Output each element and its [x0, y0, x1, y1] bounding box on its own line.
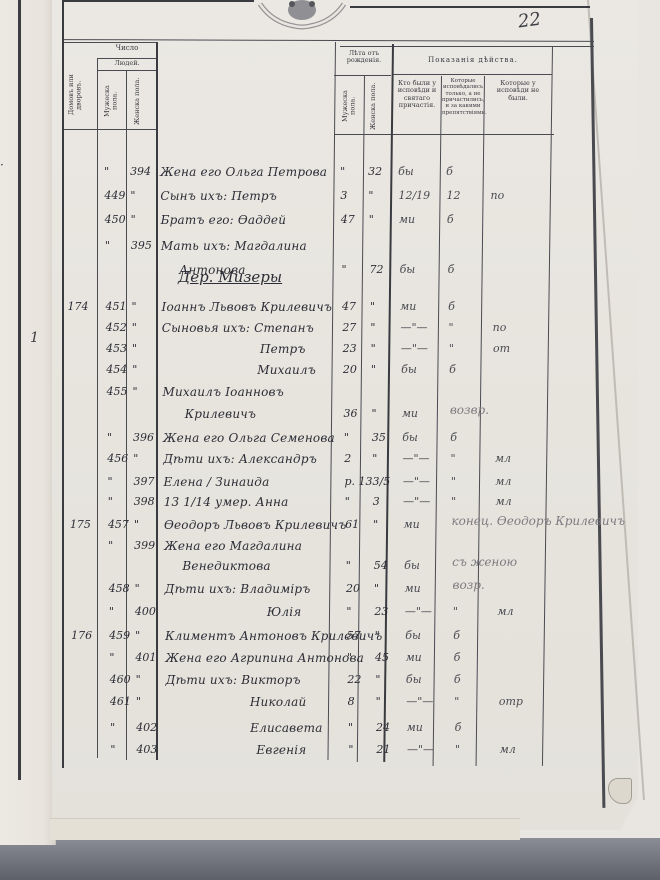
person-name: Братъ его: Өаддей — [161, 214, 287, 226]
female-number: 395 — [131, 240, 152, 251]
male-number: " — [110, 744, 115, 755]
header-rule-status — [392, 74, 552, 75]
age-female: " — [376, 696, 381, 707]
male-number: " — [109, 606, 114, 617]
age-female: " — [370, 322, 375, 333]
status-note: " — [455, 744, 460, 755]
remark: мл — [500, 744, 516, 755]
age-male: " — [346, 560, 351, 571]
person-name: Крилевичъ — [185, 408, 256, 420]
page-frame-left — [62, 0, 64, 768]
person-name: Жена его Ольга Семенова — [163, 432, 335, 444]
confession-mark: бы — [401, 364, 417, 375]
status-note: возвр. — [450, 404, 489, 416]
person-name: Дѣти ихъ: Викторъ — [166, 674, 301, 686]
status-note: " — [449, 343, 454, 354]
status-note: " — [451, 453, 456, 464]
age-male: 3 — [340, 190, 347, 201]
person-name: Петръ — [260, 343, 306, 355]
age-female: 45 — [375, 652, 389, 663]
male-number: 451 — [106, 301, 127, 312]
household-number: 175 — [70, 519, 91, 530]
age-male: 47 — [341, 214, 355, 225]
confession-mark: —"— — [406, 696, 433, 707]
person-name: Жена его Агрипина Антонова — [165, 652, 364, 664]
header-persons: Людей. — [98, 60, 156, 67]
age-male: " — [340, 166, 345, 177]
status-note: возр. — [453, 579, 485, 591]
person-name: Жена его Магдалина — [164, 540, 302, 552]
male-number: " — [104, 166, 109, 177]
age-male: 47 — [342, 301, 356, 312]
status-note: б — [450, 432, 457, 443]
confession-mark: ми — [404, 519, 420, 530]
age-female: " — [372, 408, 377, 419]
age-male: " — [346, 606, 351, 617]
top-rule-right — [350, 6, 590, 8]
confession-mark: ми — [402, 408, 418, 419]
top-rule-left — [62, 0, 254, 2]
status-note: " — [453, 606, 458, 617]
header-status-confessed-only: Которые исповѣдались только, а не причас… — [442, 78, 484, 116]
status-note: б — [448, 301, 455, 312]
age-male: 20 — [346, 583, 360, 594]
male-number: 455 — [106, 386, 127, 397]
status-note: конец. Өеодоръ Крилевичъ — [452, 515, 626, 527]
header-rule-mf — [98, 70, 156, 71]
age-male: " — [345, 496, 350, 507]
age-male: 20 — [343, 364, 357, 375]
double-headed-eagle-crest-icon — [252, 0, 352, 34]
age-female: " — [370, 301, 375, 312]
header-female: Женска пола. — [134, 76, 148, 126]
header-age-male: Мужеска пола. — [342, 80, 356, 132]
age-female: 24 — [376, 722, 390, 733]
status-note: 12 — [446, 190, 460, 201]
household-number: 174 — [68, 301, 89, 312]
status-note: " — [454, 696, 459, 707]
female-number: 399 — [134, 540, 155, 551]
status-note: б — [454, 652, 461, 663]
header-age-female: Женска пола. — [370, 80, 384, 132]
person-name: Іоаннъ Львовъ Крилевичъ — [162, 301, 333, 313]
confession-mark: —"— — [400, 322, 427, 333]
age-female: 3 — [373, 496, 380, 507]
confession-mark: ми — [406, 652, 422, 663]
age-male: р. 13 — [345, 476, 373, 487]
male-number: " — [105, 240, 110, 251]
left-page-mark: 1 — [30, 330, 39, 346]
female-number: 398 — [134, 496, 155, 507]
female-number: " — [135, 583, 140, 594]
person-name: Жена его Ольга Петрова — [160, 166, 327, 178]
male-number: " — [107, 432, 112, 443]
female-number: 396 — [133, 432, 154, 443]
header-rule-bottom-left — [64, 129, 158, 130]
header-rule-bottom-right — [334, 134, 554, 135]
age-male: " — [348, 744, 353, 755]
age-female: 54 — [374, 560, 388, 571]
person-name: Өеодоръ Львовъ Крилевичъ — [164, 519, 346, 531]
confession-mark: —"— — [407, 744, 434, 755]
status-note: б — [453, 630, 460, 641]
age-male: " — [341, 264, 346, 275]
person-name: Юлія — [267, 606, 302, 618]
header-rule-age — [334, 75, 391, 76]
confession-mark: ми — [405, 583, 421, 594]
age-female: " — [372, 453, 377, 464]
header-status-not-confessed: Которые у исповѣди не были. — [486, 80, 550, 102]
status-note: " — [451, 496, 456, 507]
female-number: " — [131, 214, 136, 225]
confession-mark: бы — [402, 432, 418, 443]
female-number: " — [132, 386, 137, 397]
age-male: 8 — [348, 696, 355, 707]
status-note: съ женою — [452, 556, 517, 568]
male-number: " — [108, 496, 113, 507]
male-number: 449 — [104, 190, 125, 201]
age-female: 32 — [368, 166, 382, 177]
person-name: Венедиктова — [182, 560, 270, 572]
village-heading: Дер. Мизеры — [178, 268, 282, 286]
status-note: б — [447, 214, 454, 225]
person-name: Сынъ ихъ: Петръ — [160, 190, 277, 202]
female-number: " — [135, 630, 140, 641]
status-note: б — [455, 722, 462, 733]
page-number: 22 — [517, 9, 543, 33]
male-number: 452 — [106, 322, 127, 333]
confession-mark: бы — [405, 630, 421, 641]
male-number: 453 — [106, 343, 127, 354]
age-female: 23 — [374, 606, 388, 617]
female-number: " — [132, 343, 137, 354]
female-number: 397 — [133, 476, 154, 487]
household-number: 176 — [71, 630, 92, 641]
female-number: " — [136, 696, 141, 707]
female-number: " — [133, 453, 138, 464]
male-number: 459 — [109, 630, 130, 641]
age-female: " — [374, 583, 379, 594]
age-male: 2 — [344, 453, 351, 464]
person-name: Мать ихъ: Магдалина — [161, 240, 307, 252]
confession-mark: бы — [404, 560, 420, 571]
age-male: 61 — [345, 519, 359, 530]
male-number: " — [110, 722, 115, 733]
male-number: 457 — [108, 519, 129, 530]
age-female: " — [375, 630, 380, 641]
confession-mark: ми — [407, 722, 423, 733]
female-number: 401 — [135, 652, 156, 663]
age-male: 27 — [342, 322, 356, 333]
header-rule-right — [340, 46, 594, 47]
age-male: 57 — [347, 630, 361, 641]
male-number: " — [107, 476, 112, 487]
age-female: 21 — [376, 744, 390, 755]
header-status-confessed: Кто были у исповѣди и святаго причастія. — [394, 80, 440, 110]
person-name: Елена / Зинаида — [163, 476, 269, 488]
person-name: Михаилъ — [257, 364, 316, 376]
status-note: б — [454, 674, 461, 685]
female-number: " — [134, 519, 139, 530]
col-rule-household — [97, 58, 98, 758]
female-number: 402 — [136, 722, 157, 733]
header-male: Мужеска пола. — [104, 76, 118, 126]
female-number: 403 — [136, 744, 157, 755]
age-female: " — [369, 214, 374, 225]
female-number: 400 — [135, 606, 156, 617]
confession-mark: бы — [398, 166, 414, 177]
confession-mark: ми — [399, 214, 415, 225]
status-note: " — [451, 476, 456, 487]
confession-mark: —"— — [403, 453, 430, 464]
confession-mark: —"— — [405, 606, 432, 617]
female-number: " — [130, 190, 135, 201]
person-name: Михаилъ Іоанновъ — [162, 386, 283, 398]
confession-mark: —"— — [403, 496, 430, 507]
left-page-fragment: · — [0, 158, 4, 172]
age-male: " — [347, 652, 352, 663]
header-household: Домовъ или дворовъ. — [68, 64, 92, 126]
confession-mark: бы — [400, 264, 416, 275]
male-number: 460 — [110, 674, 131, 685]
header-status: Показанія дѣйства. — [394, 56, 552, 64]
confession-mark: бы — [406, 674, 422, 685]
male-number: 458 — [109, 583, 130, 594]
male-number: 450 — [105, 214, 126, 225]
remark: по — [490, 190, 504, 201]
remark: по — [493, 322, 507, 333]
remark: мл — [495, 476, 511, 487]
female-number: 394 — [130, 166, 151, 177]
age-female: " — [371, 364, 376, 375]
person-name: Евгенія — [256, 744, 306, 756]
female-number: " — [132, 364, 137, 375]
age-male: " — [348, 722, 353, 733]
left-page-edge: · 1 — [0, 0, 56, 845]
left-page-rule — [18, 0, 21, 780]
header-age: Лѣта отъ рожденія. — [337, 50, 391, 65]
confession-mark: —"— — [401, 343, 428, 354]
person-name: Сыновья ихъ: Степанъ — [162, 322, 314, 334]
remark: мл — [495, 453, 511, 464]
person-name: Елисавета — [250, 722, 322, 734]
desk-surface — [0, 838, 660, 880]
status-note: б — [448, 264, 455, 275]
remark: от — [493, 343, 510, 354]
male-number: 454 — [106, 364, 127, 375]
status-note: " — [448, 322, 453, 333]
male-number: " — [108, 540, 113, 551]
age-male: 22 — [347, 674, 361, 685]
female-number: " — [132, 301, 137, 312]
remark: отр — [499, 696, 523, 707]
age-female: " — [371, 343, 376, 354]
female-number: " — [136, 674, 141, 685]
header-number: Число — [98, 44, 156, 52]
remark: мл — [497, 606, 513, 617]
header-rule — [64, 42, 158, 43]
age-male: 36 — [344, 408, 358, 419]
age-male: 23 — [343, 343, 357, 354]
female-number: " — [132, 322, 137, 333]
age-female: " — [375, 674, 380, 685]
age-female: 72 — [369, 264, 383, 275]
age-female: " — [368, 190, 373, 201]
status-note: б — [449, 364, 456, 375]
age-male: " — [344, 432, 349, 443]
confession-mark: —"— — [403, 476, 430, 487]
confession-mark: 12/19 — [398, 190, 430, 201]
person-name: Николай — [250, 696, 307, 708]
person-name: Дѣти ихъ: Александръ — [163, 453, 317, 465]
col-rule-male — [126, 70, 127, 760]
male-number: 456 — [107, 453, 128, 464]
age-female: 35 — [372, 432, 386, 443]
age-female: " — [373, 519, 378, 530]
remark: мл — [496, 496, 512, 507]
person-name: 13 1/14 умер. Анна — [164, 496, 289, 508]
male-number: " — [109, 652, 114, 663]
confession-mark: ми — [400, 301, 416, 312]
person-name: Дѣти ихъ: Владиміръ — [165, 583, 311, 595]
underlying-page — [50, 818, 520, 840]
male-number: 461 — [110, 696, 131, 707]
age-female: 3/5 — [373, 476, 391, 487]
status-note: б — [446, 166, 453, 177]
